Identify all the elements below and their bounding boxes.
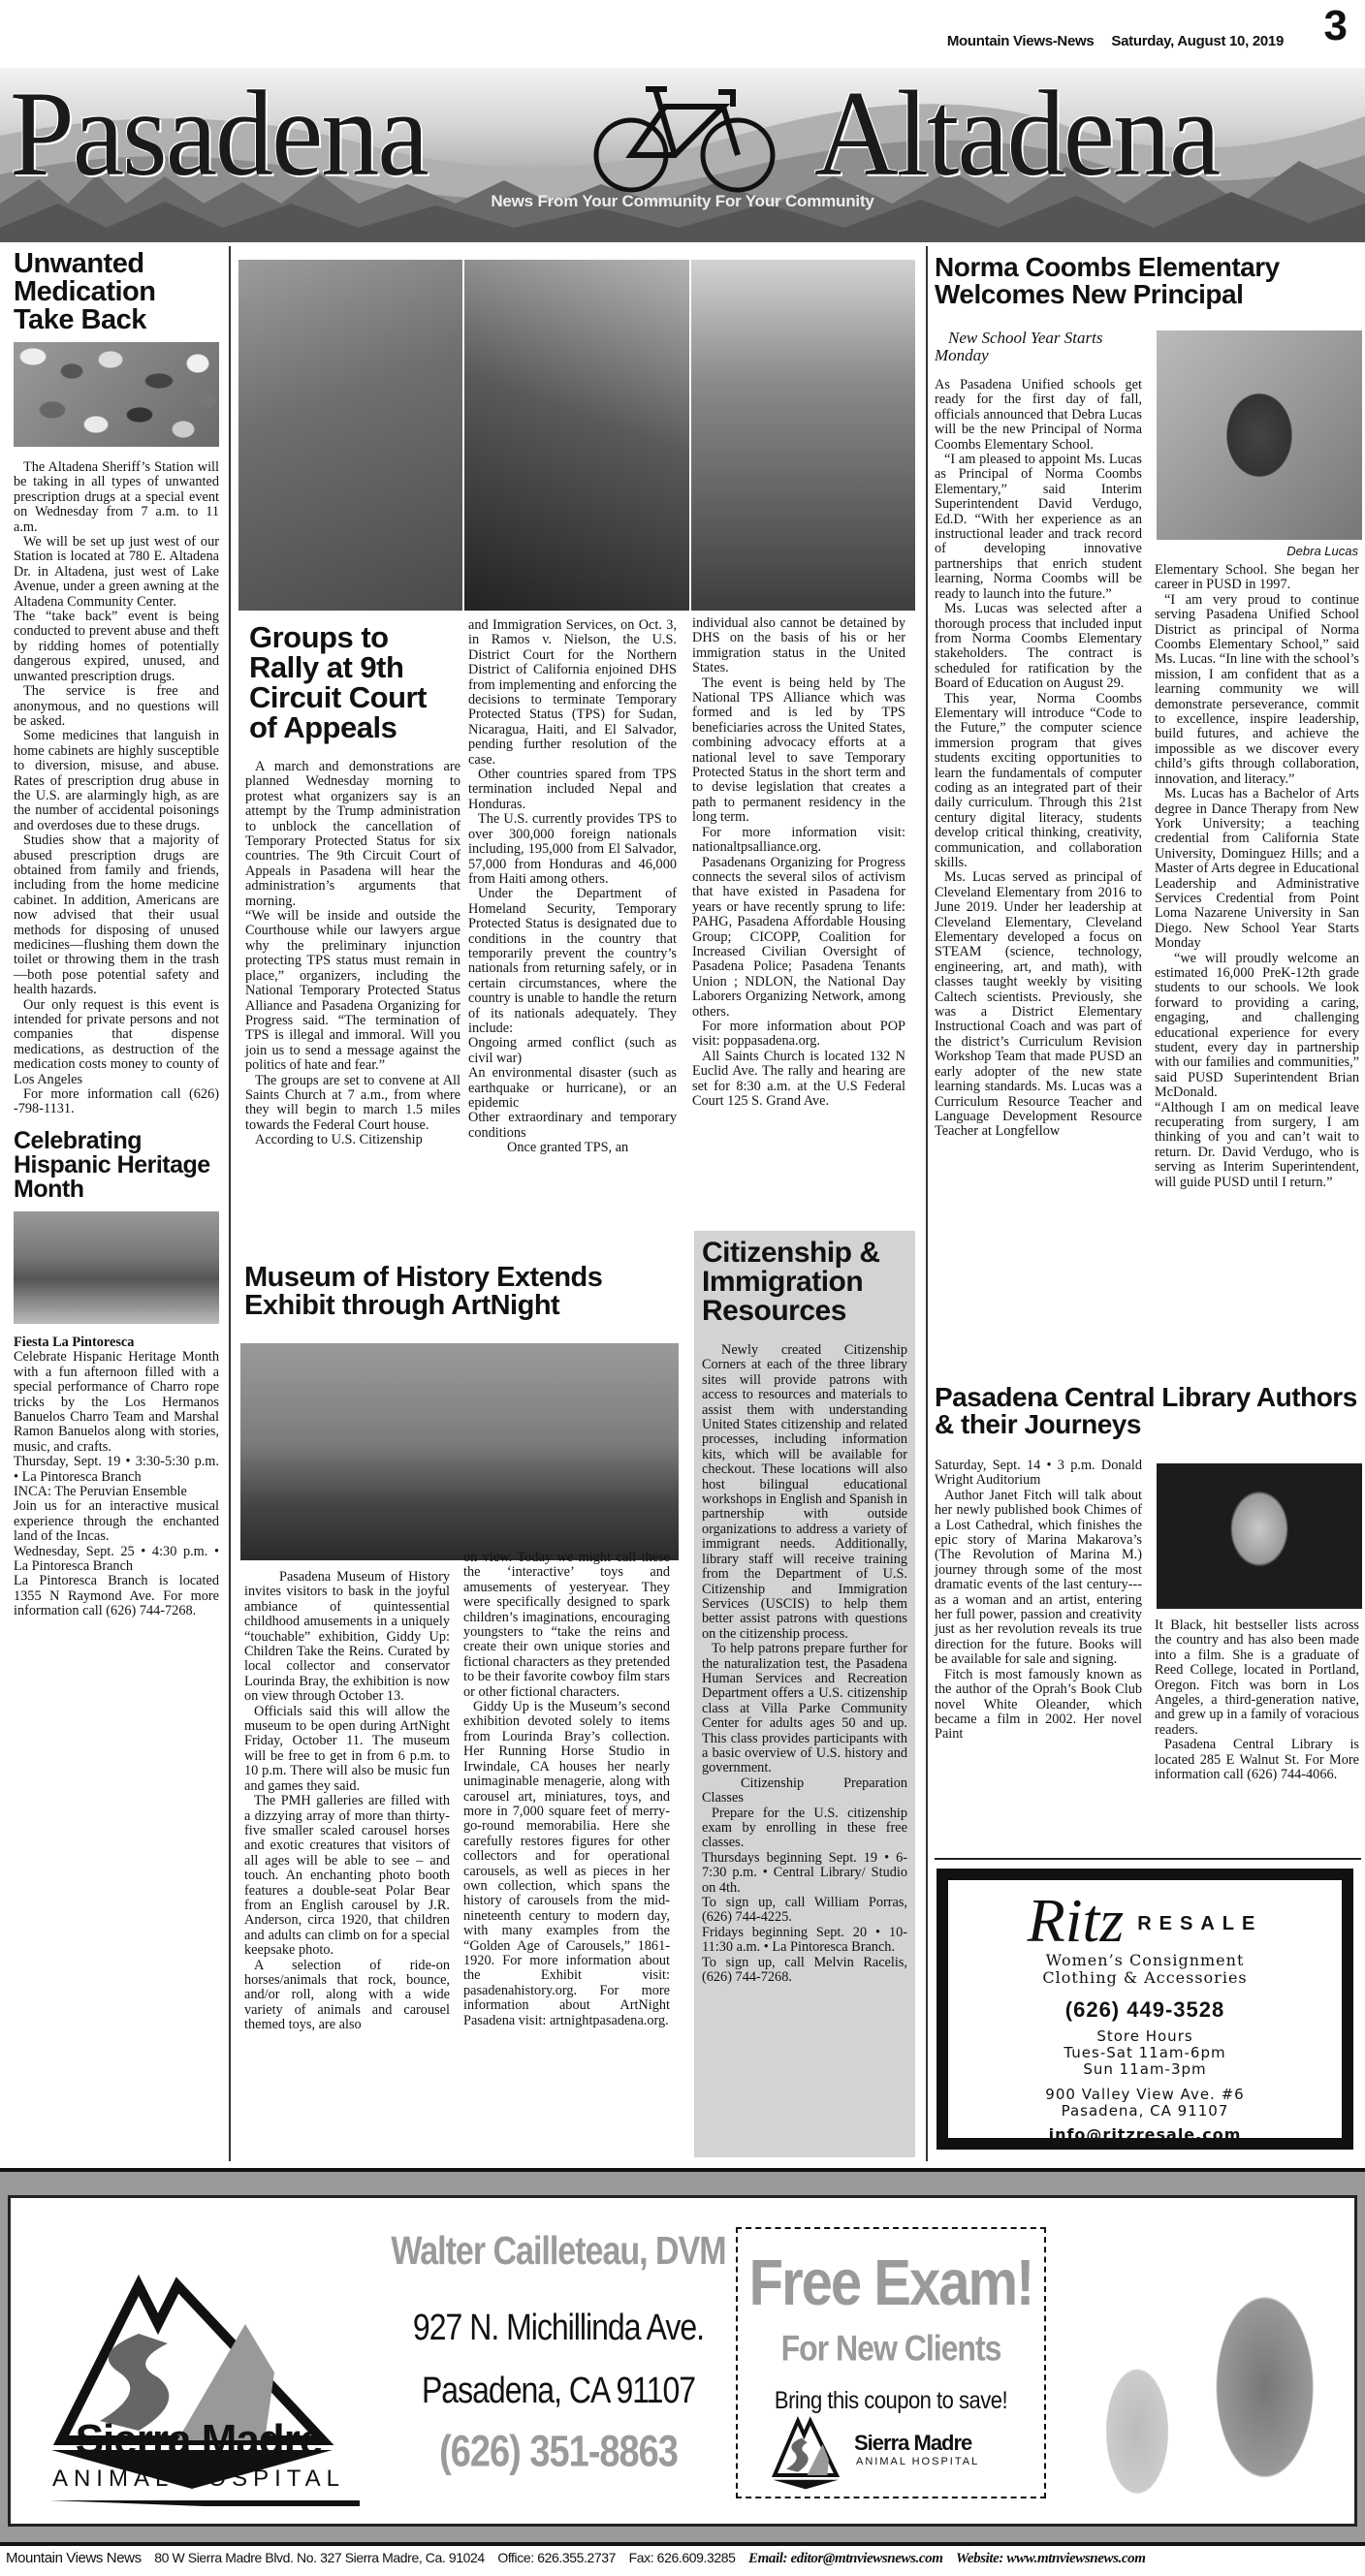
paragraph: Join us for an interactive musical exper… [14, 1499, 219, 1544]
paragraph: and Immigration Services, on Oct. 3, in … [468, 618, 677, 768]
paragraph: According to U.S. Citizenship [245, 1133, 460, 1147]
paragraph: Citizenship Preparation Classes [702, 1776, 907, 1806]
subhead: Fiesta La Pintoresca [14, 1335, 219, 1350]
paragraph: For more information visit: nationaltpsa… [692, 826, 905, 856]
paragraph: To help patrons prepare further for the … [702, 1642, 907, 1776]
article-citizenship-sidebar: Citizenship & Immigration Resources Newl… [694, 1231, 915, 2157]
bicycle-icon [587, 78, 781, 194]
headline: Norma Coombs Elementary Welcomes New Pri… [935, 254, 1361, 308]
paragraph: As Pasadena Unified schools get ready fo… [935, 378, 1142, 453]
paragraph: Author Janet Fitch will talk about her n… [935, 1489, 1142, 1668]
brand-subtitle: ANIMAL HOSPITAL [24, 2466, 373, 2493]
ad-address: 900 Valley View Ave. #6 [948, 2087, 1342, 2103]
headline: Citizenship & Immigration Resources [702, 1239, 907, 1326]
paragraph: Fridays beginning Sept. 20 • 10-11:30 a.… [702, 1926, 907, 1956]
article-body: Elementary School. She began her career … [1155, 563, 1359, 1190]
photo-pane [691, 260, 915, 611]
carousel-horses-photo [240, 1343, 679, 1560]
paragraph: Under the Department of Homeland Securit… [468, 887, 677, 1036]
article-body: It Black, hit bestseller lists across th… [1155, 1618, 1359, 1782]
paragraph: Pasadena Museum of History invites visit… [244, 1570, 450, 1705]
sierra-madre-animal-hospital-ad[interactable]: Sierra Madre ANIMAL HOSPITAL Walter Cail… [0, 2168, 1365, 2546]
ad-inner: Sierra Madre ANIMAL HOSPITAL Walter Cail… [8, 2195, 1357, 2527]
paragraph: The U.S. currently provides TPS to over … [468, 812, 677, 887]
coupon-subtitle: For New Clients [738, 2328, 1044, 2370]
paragraph: The event is being held by The National … [692, 676, 905, 826]
paragraph: This year, Norma Coombs Elementary will … [935, 692, 1142, 871]
headline: Unwanted Medication Take Back [14, 250, 219, 334]
paragraph: A march and demonstrations are planned W… [245, 760, 460, 909]
article-library-col1: Saturday, Sept. 14 • 3 p.m. Donald Wrigh… [935, 1459, 1142, 1743]
article-rally-col2: and Immigration Services, on Oct. 3, in … [468, 618, 677, 1156]
paragraph: Thursdays beginning Sept. 19 • 6-7:30 p.… [702, 1851, 907, 1896]
paragraph: Thursday, Sept. 19 • 3:30-5:30 p.m. • La… [14, 1455, 219, 1485]
paragraph: “I am very proud to continue serving Pas… [1155, 593, 1359, 787]
article-body: Newly created Citizenship Corners at eac… [702, 1343, 907, 1985]
article-rally-col1: Groups to Rally at 9th Circuit Court of … [245, 618, 460, 1148]
footer-name: Mountain Views News [6, 2550, 142, 2566]
article-norma-col1: New School Year Starts Monday As Pasaden… [935, 330, 1142, 1140]
ad-contact: Walter Cailleteau, DVM 927 N. Michillind… [379, 2198, 738, 2524]
paragraph: “We will be inside and outside the Court… [245, 909, 460, 1073]
paragraph: All Saints Church is located 132 N Eucli… [692, 1050, 905, 1110]
coupon-brand-sub: ANIMAL HOSPITAL [856, 2456, 979, 2467]
article-body: The Altadena Sheriff’s Station will be t… [14, 460, 219, 1117]
protest-photo [238, 260, 915, 611]
paragraph: The PMH galleries are filled with a dizz… [244, 1794, 450, 1958]
charro-horses-photo [14, 1211, 219, 1324]
paragraph: Wednesday, Sept. 25 • 4:30 p.m. • La Pin… [14, 1545, 219, 1575]
pills-photo [14, 342, 219, 447]
paragraph: Fitch is most famously known as the auth… [935, 1668, 1142, 1743]
article-museum-col1: Pasadena Museum of History invites visit… [244, 1570, 450, 2033]
article-library-col2: It Black, hit bestseller lists across th… [1155, 1618, 1359, 1782]
paragraph: individual also cannot be detained by DH… [692, 616, 905, 676]
store-hours: Tues-Sat 11am-6pm [948, 2045, 1342, 2061]
paragraph: For more information about POP visit: po… [692, 1020, 905, 1050]
mountain-cat-dog-logo-icon [32, 2217, 352, 2508]
title-altadena: Altadena [814, 73, 1219, 195]
paragraph: “I am pleased to appoint Ms. Lucas as Pr… [935, 453, 1142, 602]
janet-fitch-portrait [1157, 1463, 1362, 1609]
article-body: Saturday, Sept. 14 • 3 p.m. Donald Wrigh… [935, 1459, 1142, 1743]
paragraph: Giddy Up is the Museum’s second exhibiti… [463, 1700, 670, 2028]
paragraph: To sign up, call Melvin Racelis, (626) 7… [702, 1956, 907, 1986]
store-hours: Sun 11am-3pm [948, 2061, 1342, 2078]
paragraph: La Pintoresca Branch is located 1355 N R… [14, 1574, 219, 1618]
paragraph: Studies show that a majority of abused p… [14, 833, 219, 997]
ad-phone: (626) 351-8863 [379, 2428, 738, 2478]
paragraph: An environmental disaster (such as earth… [468, 1066, 677, 1111]
ad-address: 927 N. Michillinda Ave. [379, 2306, 738, 2348]
masthead-banner: Pasadena Altadena News From Your Communi… [0, 68, 1365, 242]
ad-address: Pasadena, CA 91107 [379, 2369, 738, 2411]
paragraph: “Although I am on medical leave recupera… [1155, 1101, 1359, 1190]
paragraph: We will be set up just west of our Stati… [14, 535, 219, 610]
photo-pane [238, 260, 464, 611]
article-body: Pasadena Museum of History invites visit… [244, 1570, 450, 2033]
paragraph: The Altadena Sheriff’s Station will be t… [14, 460, 219, 535]
footer-website[interactable]: Website: www.mtnviewsnews.com [956, 2551, 1146, 2566]
photo-caption: Debra Lucas [1157, 544, 1358, 558]
paragraph: Our only request is this event is intend… [14, 998, 219, 1087]
coupon-title: Free Exam! [738, 2246, 1044, 2320]
article-norma-col2: Elementary School. She began her career … [1155, 563, 1359, 1190]
subhead-text: New School Year Starts Monday [935, 330, 1142, 364]
paragraph: To sign up, call William Porras, (626) 7… [702, 1896, 907, 1926]
coupon-brand-name: Sierra Madre [854, 2431, 971, 2456]
debra-lucas-portrait [1157, 330, 1362, 540]
article-body: on view. Today we might call these the ‘… [463, 1551, 670, 2028]
paragraph: Celebrate Hispanic Heritage Month with a… [14, 1350, 219, 1455]
ad-line: Women’s Consignment [948, 1952, 1342, 1969]
article-museum-col2: on view. Today we might call these the ‘… [463, 1551, 670, 2028]
paragraph: For more information call (626) -798-113… [14, 1087, 219, 1117]
section-divider [935, 1858, 1361, 1860]
headline: Museum of History Extends Exhibit throug… [244, 1264, 690, 1320]
paragraph: A selection of ride-on horses/animals th… [244, 1959, 450, 2033]
ritz-logo-sub: RESALE [1137, 1913, 1262, 1935]
footer-address: 80 W Sierra Madre Blvd. No. 327 Sierra M… [154, 2550, 485, 2565]
article-body: A march and demonstrations are planned W… [245, 760, 460, 1148]
article-medication-take-back: Unwanted Medication Take Back The Altade… [14, 246, 219, 1619]
paragraph: Prepare for the U.S. citizenship exam by… [702, 1806, 907, 1851]
issue-date: Saturday, August 10, 2019 [1111, 33, 1284, 49]
column-divider [229, 246, 231, 2161]
footer-office: Office: 626.355.2737 [497, 2550, 616, 2565]
paragraph: Ongoing armed conflict (such as civil wa… [468, 1036, 677, 1066]
ad-address: Pasadena, CA 91107 [948, 2103, 1342, 2120]
store-hours-title: Store Hours [948, 2028, 1342, 2045]
paragraph: The “take back” event is being conducted… [14, 610, 219, 684]
title-pasadena: Pasadena [10, 73, 427, 195]
article-body: and Immigration Services, on Oct. 3, in … [468, 618, 677, 1156]
dateline: Mountain Views-NewsSaturday, August 10, … [947, 33, 1284, 49]
paragraph: Other countries spared from TPS terminat… [468, 768, 677, 812]
footer-fax: Fax: 626.609.3285 [629, 2550, 736, 2565]
page-number: 3 [1324, 2, 1348, 50]
paragraph: Once granted TPS, an [468, 1141, 677, 1155]
paragraph: Ms. Lucas was selected after a thorough … [935, 602, 1142, 691]
column-divider [926, 246, 928, 2161]
paragraph: Other extraordinary and temporary condit… [468, 1111, 677, 1141]
coupon-cta: Bring this coupon to save! [738, 2386, 1044, 2415]
paragraph: Newly created Citizenship Corners at eac… [702, 1343, 907, 1642]
article-body: Fiesta La Pintoresca Celebrate Hispanic … [14, 1335, 219, 1619]
paragraph: The service is free and anonymous, and n… [14, 684, 219, 729]
headline: Celebrating Hispanic Heritage Month [14, 1129, 219, 1202]
masthead-tagline: News From Your Community For Your Commun… [0, 192, 1365, 211]
masthead: 3 Mountain Views-NewsSaturday, August 10… [0, 0, 1365, 242]
ritz-resale-ad[interactable]: Ritz RESALE Women’s Consignment Clothing… [936, 1869, 1353, 2150]
paragraph: Ms. Lucas has a Bachelor of Arts degree … [1155, 787, 1359, 951]
doctor-name: Walter Cailleteau, DVM [379, 2229, 738, 2275]
footer-email[interactable]: Email: editor@mtnviewsnews.com [748, 2551, 942, 2566]
free-exam-coupon[interactable]: Free Exam! For New Clients Bring this co… [736, 2227, 1046, 2498]
page-footer: Mountain Views News 80 W Sierra Madre Bl… [6, 2550, 1363, 2567]
paragraph: Some medicines that languish in home cab… [14, 729, 219, 833]
paragraph: “we will proudly welcome an estimated 16… [1155, 952, 1359, 1101]
paragraph: Pasadena Central Library is located 285 … [1155, 1738, 1359, 1782]
paragraph: Ms. Lucas served as principal of Clevela… [935, 870, 1142, 1139]
paragraph: on view. Today we might call these the ‘… [463, 1551, 670, 1700]
article-body: As Pasadena Unified schools get ready fo… [935, 378, 1142, 1140]
paragraph: Elementary School. She began her career … [1155, 563, 1359, 593]
headline: Pasadena Central Library Authors & their… [935, 1384, 1361, 1438]
article-rally-col3: individual also cannot be detained by DH… [692, 616, 905, 1109]
ad-line: Clothing & Accessories [948, 1969, 1342, 1987]
brand-name: Sierra Madre [24, 2416, 373, 2465]
subhead: New School Year Starts Monday [935, 330, 1142, 364]
ritz-logo: Ritz [1028, 1890, 1125, 1952]
paragraph: INCA: The Peruvian Ensemble [14, 1485, 219, 1499]
photo-pane [464, 260, 690, 611]
ad-email[interactable]: info@ritzresale.com [948, 2125, 1342, 2144]
cat-and-dog-photo [1069, 2225, 1341, 2520]
publication-name: Mountain Views-News [947, 33, 1095, 49]
paragraph: The groups are set to convene at All Sai… [245, 1074, 460, 1134]
paragraph: Saturday, Sept. 14 • 3 p.m. Donald Wrigh… [935, 1459, 1142, 1489]
paragraph: Pasadenans Organizing for Progress conne… [692, 856, 905, 1020]
article-body: individual also cannot be detained by DH… [692, 616, 905, 1109]
ad-phone: (626) 449-3528 [948, 1997, 1342, 2023]
paragraph: Officials said this will allow the museu… [244, 1705, 450, 1794]
paragraph: It Black, hit bestseller lists across th… [1155, 1618, 1359, 1738]
headline: Groups to Rally at 9th Circuit Court of … [249, 622, 460, 742]
mountain-cat-dog-logo-icon [767, 2413, 844, 2491]
